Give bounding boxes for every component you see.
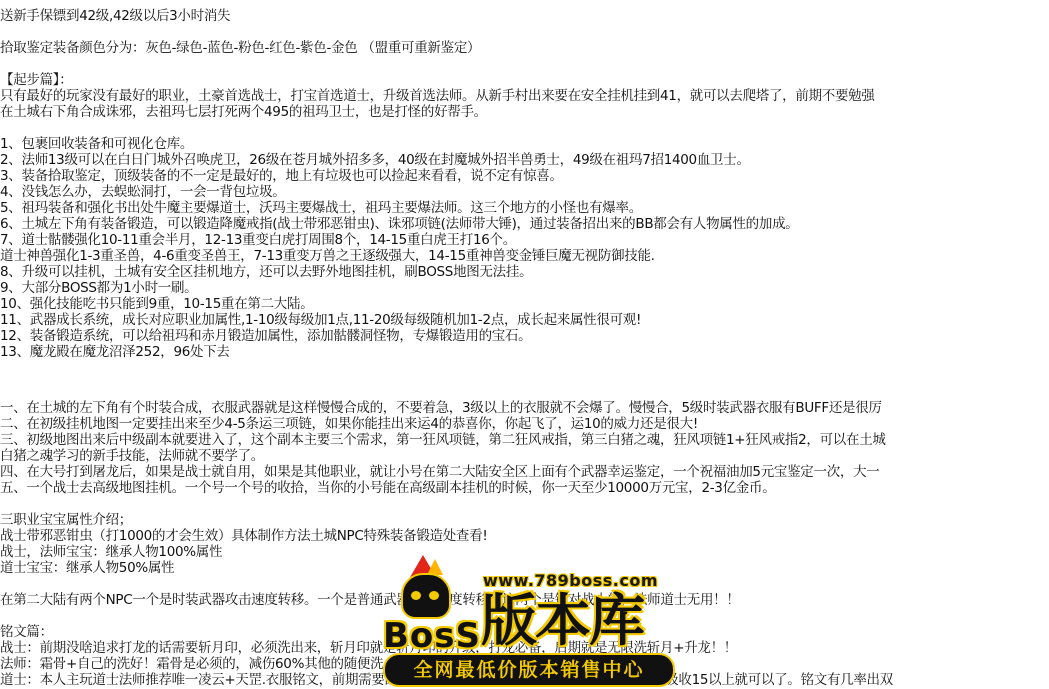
watermark-url: www.789boss.com (483, 571, 658, 590)
list-item: 1、包裹回收装备和可视化仓库。 (0, 136, 193, 152)
list-item: 8、升级可以挂机，土城有安全区挂机地方，还可以去野外地图挂机，刷BOSS地图无法… (0, 264, 532, 280)
list-item: 6、土城左下角有装备锻造，可以锻造降魔戒指(战士带邪恶钳虫)、诛邪项链(法师带大… (0, 216, 798, 232)
text-line: 只有最好的玩家没有最好的职业，土豪首选战士，打宝首选道士，升级首选法师。从新手村… (0, 88, 875, 104)
list-item: 3、装备拾取鉴定，顶级装备的不一定是最好的，地上有垃圾也可以捡起来看看，说不定有… (0, 168, 563, 184)
list-item: 10、强化技能吃书只能到9重，10-15重在第二大陆。 (0, 296, 313, 312)
watermark-logo: www.789boss.com 版本库 BosS 全网最低价版本销售中心 (383, 553, 683, 689)
text-line: 战士带邪恶钳虫（打1000的才会生效）具体制作方法土城NPC特殊装备锻造处查看! (0, 528, 487, 544)
list-item: 五、一个战士去高级地图挂机。一个号一个号的收拾，当你的小号能在高级副本挂机的时候… (0, 480, 775, 496)
text-line: 送新手保镖到42级,42级以后3小时消失 (0, 8, 230, 24)
list-item: 2、法师13级可以在白日门城外召唤虎卫，26级在苍月城外招多多，40级在封魔城外… (0, 152, 750, 168)
list-item: 一、在土城的左下角有个时装合成，衣服武器就是这样慢慢合成的，不要着急，3级以上的… (0, 400, 882, 416)
text-line: 拾取鉴定装备颜色分为：灰色-绿色-蓝色-粉色-红色-紫色-金色 （盟重可重新鉴定… (0, 40, 480, 56)
list-item: 13、魔龙殿在魔龙沼泽252，96处下去 (0, 344, 230, 360)
section-heading: 【起步篇】： (0, 72, 72, 88)
text-line: 道士宝宝：继承人物50%属性 (0, 560, 174, 576)
section-heading: 铭文篇： (0, 624, 53, 640)
list-item: 白猪之魂学习的新手技能，法师就不要学了。 (0, 448, 264, 464)
section-heading: 三职业宝宝属性介绍； (0, 512, 132, 528)
watermark-slogan: 全网最低价版本销售中心 (383, 653, 675, 687)
text-line: 战士，法师宝宝：继承人物100%属性 (0, 544, 222, 560)
list-item: 4、没钱怎么办，去蜈蚣洞打，一会一背包垃圾。 (0, 184, 286, 200)
skull-icon (401, 573, 451, 619)
list-item: 5、祖玛装备和强化书出处牛魔主要爆道士，沃玛主要爆战士，祖玛主要爆法师。这三个地… (0, 200, 642, 216)
list-item: 12、装备锻造系统，可以给祖玛和赤月锻造加属性，添加骷髅洞怪物，专爆锻造用的宝石… (0, 328, 531, 344)
list-item: 9、大部分BOSS都为1小时一刷。 (0, 280, 197, 296)
text-line: 在土城右下角合成诛邪，去祖玛七层打死两个495的祖玛卫士，也是打怪的好帮手。 (0, 104, 487, 120)
list-item: 11、武器成长系统，成长对应职业加属性,1-10级每级加1点,11-20级每级随… (0, 312, 641, 328)
list-item: 道士神兽强化1-3重圣兽，4-6重变圣兽王，7-13重变万兽之王逐级强大，14-… (0, 248, 655, 264)
list-item: 二、在初级挂机地图一定要挂出来至少4-5条运三项链，如果你能挂出来运4的恭喜你，… (0, 416, 698, 432)
list-item: 7、道士骷髅强化10-11重会半月，12-13重变白虎打周围8个，14-15重白… (0, 232, 516, 248)
list-item: 三、初级地图出来后中级副本就要进入了，这个副本主要三个需求，第一狂风项链，第二狂… (0, 432, 886, 448)
list-item: 四、在大号打到屠龙后，如果是战士就自用，如果是其他职业，就让小号在第二大陆安全区… (0, 464, 880, 480)
watermark-brand-cn: 版本库 (481, 591, 643, 653)
watermark-brand-latin: BosS (383, 616, 481, 656)
